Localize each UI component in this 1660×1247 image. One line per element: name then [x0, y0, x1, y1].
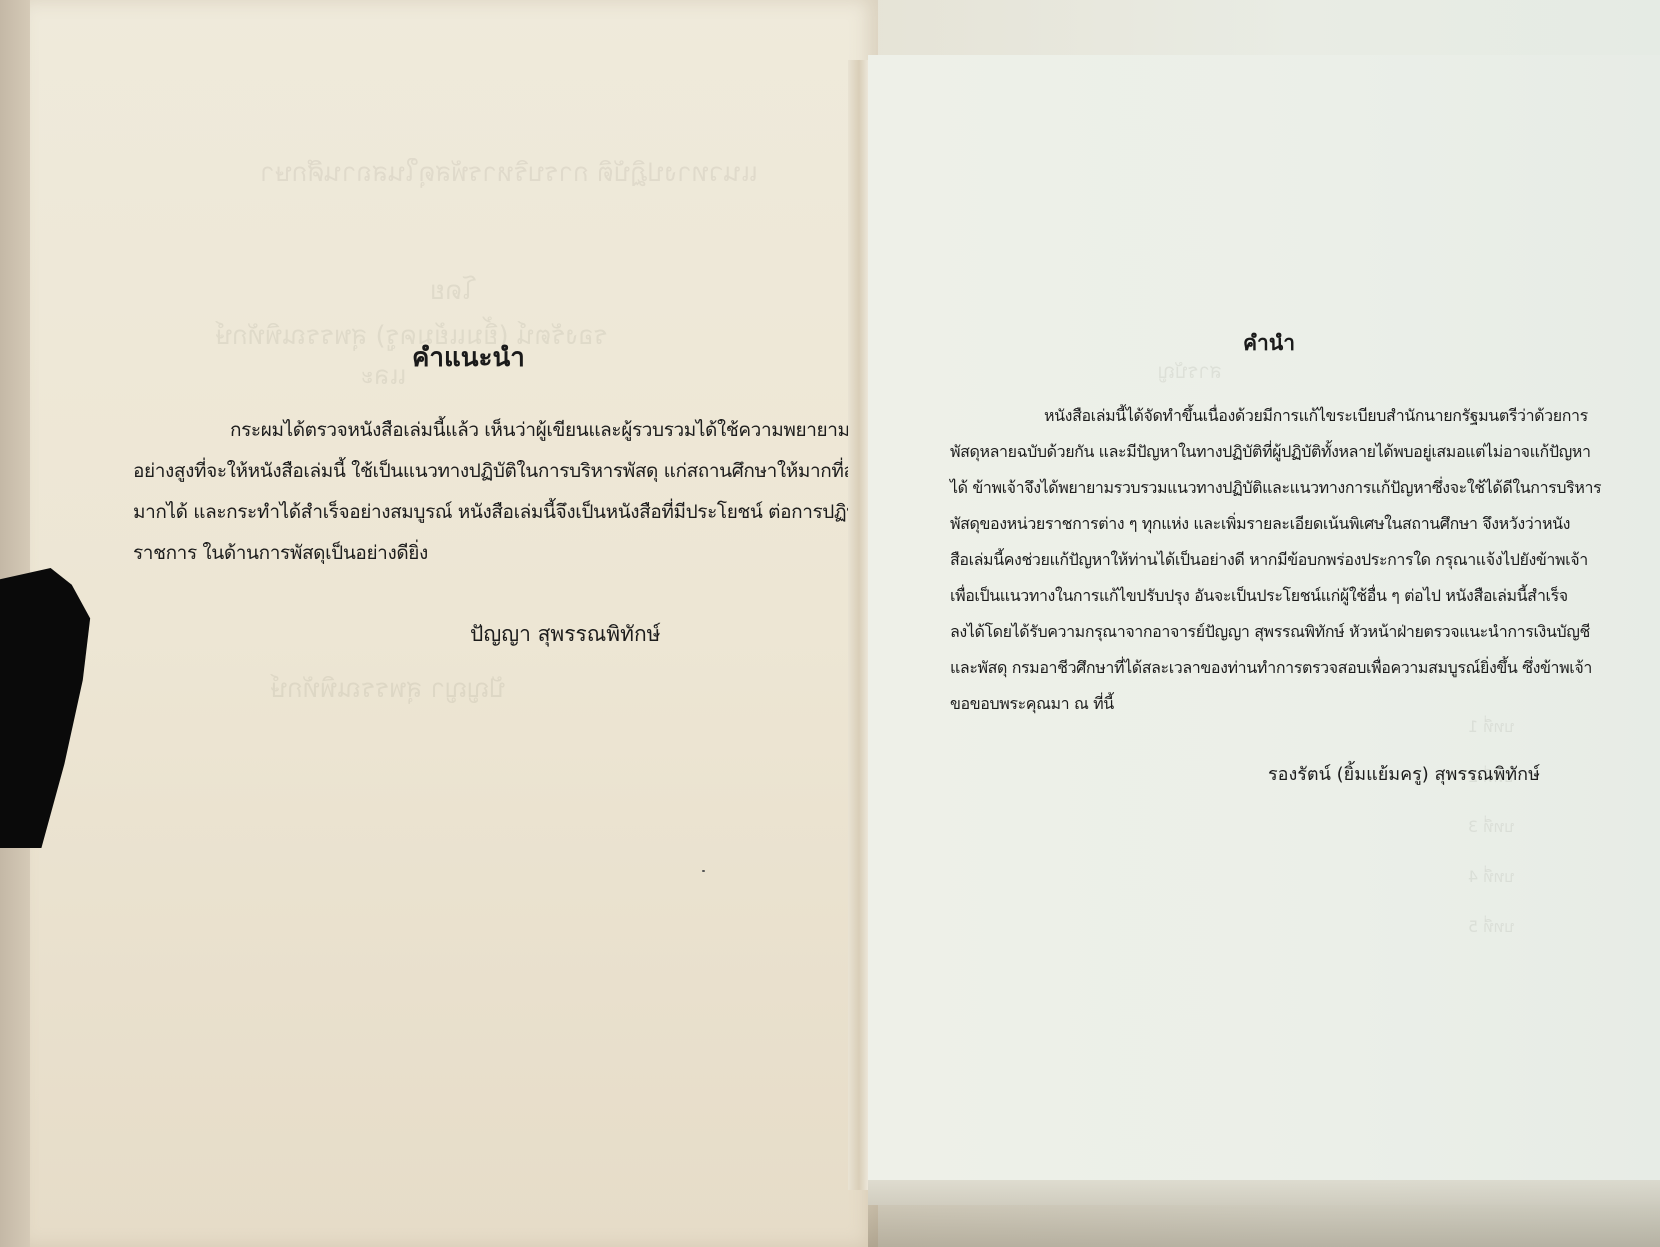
book-gutter — [848, 60, 870, 1190]
bleed-through-text: บทที่ 3 — [1468, 815, 1515, 840]
bleed-through-text: บทที่ 5 — [1468, 915, 1515, 940]
preface-line-2: พัสดุหลายฉบับด้วยกัน และมีปัญหาในทางปฏิบ… — [950, 440, 1591, 465]
preface-line-4: พัสดุของหน่วยราชการต่าง ๆ ทุกแห่ง และเพิ… — [950, 512, 1570, 537]
preface-line-7: ลงได้โดยได้รับความกรุณาจากอาจารย์ปัญญา ส… — [950, 620, 1590, 645]
preface-line-8: และพัสดุ กรมอาชีวศึกษาที่ได้สละเวลาของท่… — [950, 656, 1592, 681]
bleed-through-text: บทที่ 4 — [1468, 865, 1515, 890]
preface-line-1: หนังสือเล่มนี้ได้จัดทำขึ้นเนื่องด้วยมีกา… — [1044, 404, 1588, 429]
preface-heading: คำนำ — [1243, 327, 1295, 360]
bleed-through-text: ปัญญา สุพรรณพิทักษ์ — [270, 668, 506, 709]
bleed-through-text: สารบัญ — [1158, 355, 1222, 387]
foreword-line-3: มากได้ และกระทำได้สำเร็จอย่างสมบูรณ์ หนั… — [133, 497, 870, 527]
left-page: แนวทางปฏิบัติ การบริหารพัสดุในสถานศึกษา … — [30, 0, 878, 1247]
bleed-through-text: และ — [360, 355, 407, 396]
foreword-line-2: อย่างสูงที่จะให้หนังสือเล่มนี้ ใช้เป็นแน… — [133, 456, 899, 486]
right-page: สารบัญ บทที่ 1 บทที่ 2 บทที่ 3 บทที่ 4 บ… — [868, 55, 1660, 1205]
bleed-through-text: โดย — [430, 270, 476, 311]
preface-line-5: สือเล่มนี้คงช่วยแก้ปัญหาให้ท่านได้เป็นอย… — [950, 548, 1588, 573]
preface-signature: รองรัตน์ (ยิ้มแย้มครู) สุพรรณพิทักษ์ — [1268, 759, 1540, 788]
preface-line-3: ได้ ข้าพเจ้าจึงได้พยายามรวบรวมแนวทางปฏิบ… — [950, 476, 1601, 501]
bleed-through-text: แนวทางปฏิบัติ การบริหารพัสดุในสถานศึกษา — [260, 152, 758, 193]
bleed-through-text: บทที่ 1 — [1468, 715, 1515, 740]
preface-line-6: เพื่อเป็นแนวทางในการแก้ไขปรับปรุง อันจะเ… — [950, 584, 1568, 609]
foreword-heading: คำแนะนำ — [412, 337, 525, 378]
page-bottom-shadow — [868, 1180, 1660, 1247]
preface-line-9: ขอขอบพระคุณมา ณ ที่นี้ — [950, 692, 1114, 717]
foreword-signature: ปัญญา สุพรรณพิทักษ์ — [470, 618, 661, 651]
paper-speck — [702, 870, 705, 872]
foreword-line-4: ราชการ ในด้านการพัสดุเป็นอย่างดียิ่ง — [133, 538, 428, 568]
foreword-line-1: กระผมได้ตรวจหนังสือเล่มนี้แล้ว เห็นว่าผู… — [230, 415, 880, 445]
